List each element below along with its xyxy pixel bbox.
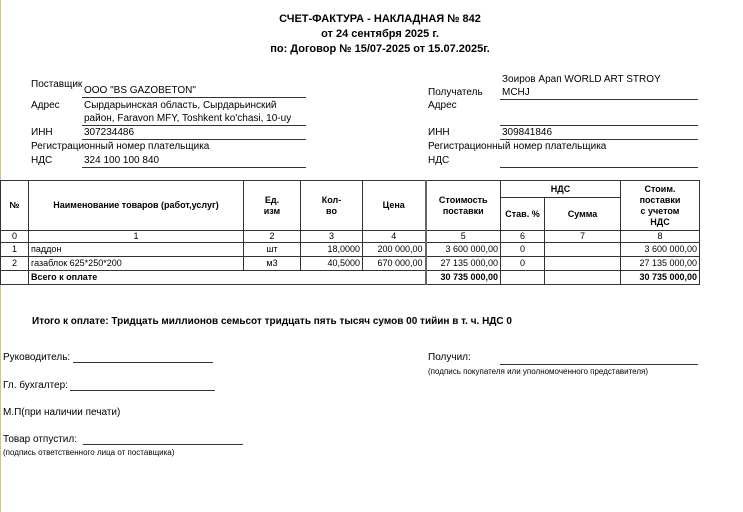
col-header-cost: Стоимостьпоставки — [426, 181, 501, 231]
cell-no: 2 — [1, 257, 29, 271]
table-total-row: Всего к оплате 30 735 000,00 30 735 000,… — [1, 271, 700, 285]
received-note: (подпись покупателя или уполномоченного … — [428, 367, 648, 376]
supplier-inn-label: ИНН — [31, 127, 53, 139]
recipient-reg-label: Регистрационный номер плательщика — [428, 141, 606, 153]
supplier-address-line — [82, 125, 306, 126]
cell-total: 3 600 000,00 — [621, 243, 700, 257]
supplier-inn: 307234486 — [84, 127, 134, 139]
total-cost: 30 735 000,00 — [426, 271, 501, 285]
director-signature-line — [73, 362, 213, 363]
document-date: от 24 сентября 2025 г. — [200, 27, 560, 42]
table-row: 1 паддон шт 18,0000 200 000,00 3 600 000… — [1, 243, 700, 257]
cell-unit: шт — [244, 243, 301, 257]
col-header-total: Стоим.поставкис учетомНДС — [621, 181, 700, 231]
colnum: 6 — [501, 231, 545, 243]
total-in-words: Итого к оплате: Тридцать миллионов семьс… — [32, 316, 512, 327]
total-with-vat: 30 735 000,00 — [621, 271, 700, 285]
supplier-address-line1: Сырдарьинская область, Сырдарьинский — [84, 100, 277, 112]
supplier-address-label: Адрес — [31, 100, 60, 112]
col-header-price: Цена — [363, 181, 426, 231]
recipient-inn-line — [500, 139, 698, 140]
col-header-vat: НДС — [501, 181, 621, 198]
cell-vat-rate: 0 — [501, 243, 545, 257]
table-header-row: № Наименование товаров (работ,услуг) Ед.… — [1, 181, 700, 198]
colnum: 8 — [621, 231, 700, 243]
received-label: Получил: — [428, 352, 471, 363]
recipient-address-line — [500, 125, 698, 126]
col-header-unit: Ед.изм — [244, 181, 301, 231]
supplier-vat-label: НДС — [31, 155, 52, 167]
cell-name: паддон — [29, 243, 244, 257]
col-header-qty: Кол-во — [301, 181, 363, 231]
received-signature-line — [500, 364, 698, 365]
recipient-vat-label: НДС — [428, 155, 449, 167]
document-title: СЧЕТ-ФАКТУРА - НАКЛАДНАЯ № 842 — [200, 12, 560, 27]
cell-qty: 18,0000 — [301, 243, 363, 257]
cell-vat-rate: 0 — [501, 257, 545, 271]
colnum: 5 — [426, 231, 501, 243]
items-table: № Наименование товаров (работ,услуг) Ед.… — [0, 180, 700, 285]
cell-total: 27 135 000,00 — [621, 257, 700, 271]
cell-name: газаблок 625*250*200 — [29, 257, 244, 271]
supplier-vat-line — [82, 167, 306, 168]
recipient-name-line1: Зоиров Арап WORLD ART STROY — [502, 74, 661, 86]
released-note: (подпись ответственного лица от поставщи… — [3, 448, 174, 457]
colnum: 2 — [244, 231, 301, 243]
table-row: 2 газаблок 625*250*200 м3 40,5000 670 00… — [1, 257, 700, 271]
cell-qty: 40,5000 — [301, 257, 363, 271]
recipient-label: Получатель — [428, 87, 483, 99]
supplier-address-line2: район, Faravon MFY, Toshkent ko'chasi, 1… — [84, 113, 291, 125]
column-numbers-row: 0 1 2 3 4 5 6 7 8 — [1, 231, 700, 243]
cell-cost: 3 600 000,00 — [426, 243, 501, 257]
recipient-address-label: Адрес — [428, 100, 457, 112]
colnum: 0 — [1, 231, 29, 243]
released-label: Товар отпустил: — [3, 434, 77, 445]
supplier-name-line — [82, 97, 306, 98]
cell-price: 670 000,00 — [363, 257, 426, 271]
director-label: Руководитель: — [3, 352, 70, 363]
accountant-label: Гл. бухгалтер: — [3, 380, 68, 391]
col-header-vat-rate: Став. % — [501, 198, 545, 231]
cell-vat-sum — [545, 243, 621, 257]
colnum: 4 — [363, 231, 426, 243]
supplier-inn-line — [82, 139, 306, 140]
cell-cost: 27 135 000,00 — [426, 257, 501, 271]
col-header-vat-sum: Сумма — [545, 198, 621, 231]
recipient-inn-label: ИНН — [428, 127, 450, 139]
recipient-name-line — [500, 99, 698, 100]
supplier-reg-label: Регистрационный номер плательщика — [31, 141, 209, 153]
released-signature-line — [83, 444, 243, 445]
total-vat-rate — [501, 271, 545, 285]
col-header-name: Наименование товаров (работ,услуг) — [29, 181, 244, 231]
supplier-name: ООО "BS GAZOBETON" — [84, 85, 196, 97]
colnum: 3 — [301, 231, 363, 243]
recipient-name-line2: MCHJ — [502, 87, 530, 99]
recipient-inn: 309841846 — [502, 127, 552, 139]
stamp-label: М.П(при наличии печати) — [3, 407, 120, 418]
document-contract: по: Договор № 15/07-2025 от 15.07.2025г. — [200, 42, 560, 57]
colnum: 7 — [545, 231, 621, 243]
colnum: 1 — [29, 231, 244, 243]
total-label: Всего к оплате — [29, 271, 426, 285]
col-header-no: № — [1, 181, 29, 231]
accountant-signature-line — [70, 390, 215, 391]
cell-empty — [1, 271, 29, 285]
cell-vat-sum — [545, 257, 621, 271]
total-vat-sum — [545, 271, 621, 285]
supplier-vat: 324 100 100 840 — [84, 155, 159, 167]
cell-price: 200 000,00 — [363, 243, 426, 257]
cell-no: 1 — [1, 243, 29, 257]
cell-unit: м3 — [244, 257, 301, 271]
recipient-vat-line — [500, 167, 698, 168]
supplier-label: Поставщик — [31, 79, 82, 91]
